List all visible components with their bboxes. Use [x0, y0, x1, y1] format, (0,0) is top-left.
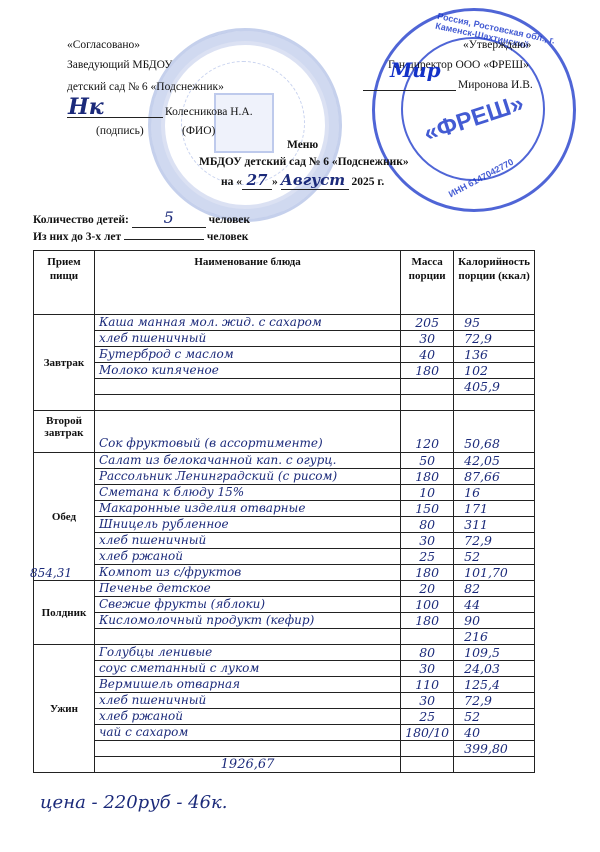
approved-name: Миронова И.В.: [458, 79, 533, 91]
table-row: Свежие фрукты (яблоки)10044: [34, 597, 535, 613]
dish-name-cell: 1926,67: [94, 757, 400, 773]
meal-name-cell: Обед854,31: [34, 453, 95, 581]
children-count-label: Количество детей:: [33, 214, 129, 226]
header-mass: Масса порции: [401, 251, 454, 315]
portion-mass-cell: 30: [401, 533, 454, 549]
calories-cell: 72,9: [454, 331, 535, 347]
calories-cell: 24,03: [454, 661, 535, 677]
table-row: соус сметанный с луком3024,03: [34, 661, 535, 677]
dish-name-cell: Шницель рубленное: [94, 517, 400, 533]
portion-mass-cell: 50: [401, 453, 454, 469]
portion-mass-cell: 40: [401, 347, 454, 363]
meal-name: Второй завтрак: [44, 415, 83, 439]
portion-mass-cell: 25: [401, 549, 454, 565]
dish-name-cell: хлеб пшеничный: [94, 693, 400, 709]
menu-date: на «27» Август 2025 г.: [221, 171, 384, 190]
menu-table-body: ЗавтракКаша манная мол. жид. с сахаром20…: [34, 315, 535, 773]
calories-cell: 82: [454, 581, 535, 597]
portion-mass-cell: 110: [401, 677, 454, 693]
children-count-row: Количество детей: 5 человек: [33, 208, 250, 228]
agreed-position: Заведующий МБДОУ: [67, 59, 172, 71]
under3-count-unit: человек: [207, 231, 248, 243]
table-row: хлеб ржаной2552: [34, 709, 535, 725]
calories-cell: 95: [454, 315, 535, 331]
portion-mass-cell: 180: [401, 613, 454, 629]
name-caption: (ФИО): [182, 125, 215, 137]
portion-mass-cell: 25: [401, 709, 454, 725]
meal-name: Завтрак: [44, 357, 84, 369]
header-dish: Наименование блюда: [94, 251, 400, 315]
table-row: УжинГолубцы ленивые80109,5: [34, 645, 535, 661]
table-row: Молоко кипяченое180102: [34, 363, 535, 379]
table-row: Бутерброд с маслом40136: [34, 347, 535, 363]
dish-name-cell: чай с сахаром: [94, 725, 400, 741]
agreed-org: детский сад № 6 «Подснежник»: [67, 81, 224, 93]
table-row: 1926,67: [34, 757, 535, 773]
approved-label: «Утверждаю»: [463, 39, 531, 51]
meal-name-cell: Полдник: [34, 581, 95, 645]
table-row: Второй завтракСок фруктовый (в ассортиме…: [34, 411, 535, 453]
calories-cell: 72,9: [454, 693, 535, 709]
table-row: 399,80: [34, 741, 535, 757]
date-month: Август: [281, 171, 349, 190]
table-row: Кисломолочный продукт (кефир)18090: [34, 613, 535, 629]
menu-subtitle: МБДОУ детский сад № 6 «Подснежник»: [199, 156, 409, 168]
portion-mass-cell: 20: [401, 581, 454, 597]
meal-name: Ужин: [50, 703, 78, 715]
meal-name-cell: Второй завтрак: [34, 411, 95, 453]
portion-mass-cell: 180: [401, 363, 454, 379]
date-prefix: на «: [221, 176, 242, 188]
table-row: Шницель рубленное80311: [34, 517, 535, 533]
portion-mass-cell: [401, 629, 454, 645]
table-row: хлеб пшеничный3072,9: [34, 533, 535, 549]
dish-name-cell: [94, 629, 400, 645]
dish-name-cell: Компот из с/фруктов: [94, 565, 400, 581]
calories-cell: 136: [454, 347, 535, 363]
calories-cell: 42,05: [454, 453, 535, 469]
table-row: хлеб пшеничный3072,9: [34, 693, 535, 709]
table-row: Вермишель отварная110125,4: [34, 677, 535, 693]
dish-name-cell: Рассольник Ленинградский (с рисом): [94, 469, 400, 485]
calories-cell: 405,9: [454, 379, 535, 395]
table-row: 216: [34, 629, 535, 645]
dish-name-cell: Голубцы ленивые: [94, 645, 400, 661]
dish-name-cell: [94, 741, 400, 757]
calories-cell: 16: [454, 485, 535, 501]
dish-name-cell: Печенье детское: [94, 581, 400, 597]
portion-mass-cell: [401, 741, 454, 757]
calories-cell: 52: [454, 549, 535, 565]
dish-name-cell: соус сметанный с луком: [94, 661, 400, 677]
calories-cell: [454, 757, 535, 773]
dish-name-cell: Каша манная мол. жид. с сахаром: [94, 315, 400, 331]
calories-cell: 216: [454, 629, 535, 645]
calories-cell: 102: [454, 363, 535, 379]
agreed-label: «Согласовано»: [67, 39, 140, 51]
table-row: Рассольник Ленинградский (с рисом)18087,…: [34, 469, 535, 485]
dish-name-cell: [94, 395, 400, 411]
header-meal: Прием пищи: [34, 251, 95, 315]
portion-mass-cell: 180: [401, 565, 454, 581]
portion-mass-cell: 180/10: [401, 725, 454, 741]
portion-mass-cell: [401, 757, 454, 773]
dish-name-cell: Макаронные изделия отварные: [94, 501, 400, 517]
meal-name: Обед: [52, 511, 76, 523]
table-header-row: Прием пищи Наименование блюда Масса порц…: [34, 251, 535, 315]
portion-mass-cell: [401, 379, 454, 395]
agreed-name: Колесникова Н.А.: [165, 106, 253, 118]
date-day: 27: [242, 171, 272, 190]
table-row: Обед854,31Салат из белокачанной кап. с о…: [34, 453, 535, 469]
meal-name-cell: Завтрак: [34, 315, 95, 411]
left-signature: Нк: [68, 94, 104, 120]
kindergarten-stamp: [148, 28, 342, 222]
table-row: Макаронные изделия отварные150171: [34, 501, 535, 517]
calories-cell: 101,70: [454, 565, 535, 581]
dish-name-cell: Вермишель отварная: [94, 677, 400, 693]
menu-table: Прием пищи Наименование блюда Масса порц…: [33, 250, 535, 773]
header-calories: Калорийность порции (ккал): [454, 251, 535, 315]
calories-cell: 171: [454, 501, 535, 517]
menu-title: Меню: [287, 139, 318, 151]
portion-mass-cell: 100: [401, 597, 454, 613]
portion-mass-cell: 30: [401, 693, 454, 709]
dish-name-cell: Сметана к блюду 15%: [94, 485, 400, 501]
children-count-unit: человек: [209, 214, 250, 226]
dish-name-cell: хлеб пшеничный: [94, 533, 400, 549]
table-row: Сметана к блюду 15%1016: [34, 485, 535, 501]
under3-count-value: [124, 227, 204, 240]
dish-name-cell: Кисломолочный продукт (кефир): [94, 613, 400, 629]
portion-mass-cell: 30: [401, 331, 454, 347]
table-row: 405,9: [34, 379, 535, 395]
calories-cell: [454, 395, 535, 411]
price-note: цена - 220руб - 46к.: [40, 792, 228, 813]
calories-cell: 50,68: [454, 411, 535, 453]
portion-mass-cell: 80: [401, 517, 454, 533]
portion-mass-cell: 150: [401, 501, 454, 517]
calories-cell: 44: [454, 597, 535, 613]
table-row: ПолдникПеченье детское2082: [34, 581, 535, 597]
table-row: Компот из с/фруктов180101,70: [34, 565, 535, 581]
calories-cell: 90: [454, 613, 535, 629]
date-mid: »: [272, 176, 278, 188]
calories-cell: 109,5: [454, 645, 535, 661]
portion-mass-cell: [401, 395, 454, 411]
table-row: хлеб ржаной2552: [34, 549, 535, 565]
signature-caption: (подпись): [96, 125, 144, 137]
meal-name: Полдник: [42, 607, 87, 619]
portion-mass-cell: 180: [401, 469, 454, 485]
calories-cell: 311: [454, 517, 535, 533]
table-row: хлеб пшеничный3072,9: [34, 331, 535, 347]
dish-name-cell: Свежие фрукты (яблоки): [94, 597, 400, 613]
under3-count-label: Из них до 3-х лет: [33, 231, 121, 243]
under3-count-row: Из них до 3-х лет человек: [33, 227, 248, 243]
calories-cell: 72,9: [454, 533, 535, 549]
meal-name-cell: Ужин: [34, 645, 95, 773]
dish-name-cell: Бутерброд с маслом: [94, 347, 400, 363]
calories-cell: 87,66: [454, 469, 535, 485]
portion-mass-cell: 80: [401, 645, 454, 661]
dish-name-cell: Молоко кипяченое: [94, 363, 400, 379]
approved-signature-line: [363, 90, 456, 91]
children-count-value: 5: [132, 208, 206, 228]
meal-subtotal-note: 854,31: [30, 566, 72, 580]
dish-name-cell: хлеб ржаной: [94, 709, 400, 725]
dish-name-cell: хлеб ржаной: [94, 549, 400, 565]
dish-name-cell: Сок фруктовый (в ассортименте): [94, 411, 400, 453]
calories-cell: 125,4: [454, 677, 535, 693]
table-row: ЗавтракКаша манная мол. жид. с сахаром20…: [34, 315, 535, 331]
dish-name-cell: [94, 379, 400, 395]
table-row: чай с сахаром180/1040: [34, 725, 535, 741]
portion-mass-cell: 30: [401, 661, 454, 677]
portion-mass-cell: 120: [401, 411, 454, 453]
calories-cell: 40: [454, 725, 535, 741]
dish-name-cell: Салат из белокачанной кап. с огурц.: [94, 453, 400, 469]
stamp-emblem-icon: [214, 93, 274, 153]
calories-cell: 399,80: [454, 741, 535, 757]
calories-cell: 52: [454, 709, 535, 725]
dish-name-cell: хлеб пшеничный: [94, 331, 400, 347]
portion-mass-cell: 205: [401, 315, 454, 331]
right-signature: Мир: [390, 58, 441, 82]
date-year: 2025 г.: [352, 176, 385, 188]
portion-mass-cell: 10: [401, 485, 454, 501]
table-row: [34, 395, 535, 411]
